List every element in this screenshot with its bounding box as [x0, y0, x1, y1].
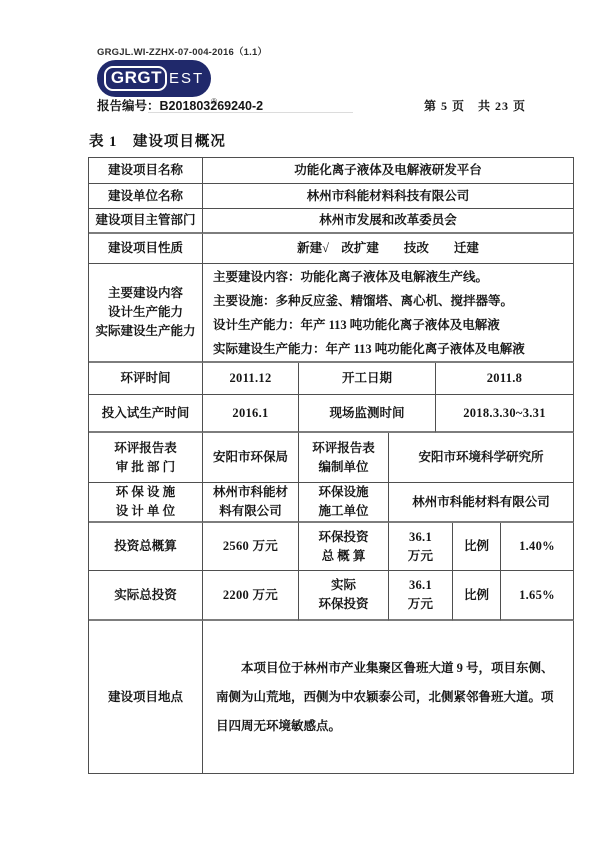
report-number-label: 报告编号：	[97, 99, 160, 113]
logo-text-est: EST	[169, 70, 204, 87]
table-row: 投入试生产时间 2016.1 现场监测时间 2018.3.30~3.31	[89, 395, 574, 433]
row-label: 环评时间	[89, 363, 203, 395]
table-row: 主要建设内容 设计生产能力 实际建设生产能力 主要建设内容：功能化离子液体及电解…	[89, 264, 574, 363]
env-budget: 36.1 万元	[389, 523, 453, 571]
eia-date: 2011.12	[203, 363, 299, 395]
logo-text-grgt: GRGT	[104, 66, 167, 91]
table-row: 环评报告表 审 批 部 门 安阳市环保局 环评报告表 编制单位 安阳市环境科学研…	[89, 433, 574, 483]
row-label: 建设项目地点	[89, 621, 203, 774]
table-row: 建设项目性质 新建√ 改扩建 技改 迁建	[89, 234, 574, 264]
project-location: 本项目位于林州市产业集聚区鲁班大道 9 号，项目东侧、南侧为山荒地，西侧为中农颖…	[203, 621, 574, 774]
row-label: 投入试生产时间	[89, 395, 203, 433]
total-budget: 2560 万元	[203, 523, 299, 571]
start-date: 2011.8	[436, 363, 574, 395]
row-value: 功能化离子液体及电解液研发平台	[203, 158, 574, 184]
row-value: 林州市发展和改革委员会	[203, 209, 574, 234]
ratio-label: 比例	[453, 523, 501, 571]
row-label: 环评报告表 审 批 部 门	[89, 433, 203, 483]
page-indicator: 第 5 页 共 23 页	[424, 97, 526, 114]
row-label: 开工日期	[299, 363, 436, 395]
row-label: 实际 环保投资	[299, 571, 389, 621]
monitoring-date: 2018.3.30~3.31	[436, 395, 574, 433]
row-label: 投资总概算	[89, 523, 203, 571]
report-compiler: 安阳市环境科学研究所	[389, 433, 574, 483]
report-page: GRGJL.WI-ZZHX-07-004-2016（1.1） GRGT EST …	[0, 0, 612, 865]
actual-investment: 2200 万元	[203, 571, 299, 621]
row-label: 环保设施 施工单位	[299, 483, 389, 523]
table-row: 建设项目地点 本项目位于林州市产业集聚区鲁班大道 9 号，项目东侧、南侧为山荒地…	[89, 621, 574, 774]
table-row: 投资总概算 2560 万元 环保投资 总 概 算 36.1 万元 比例 1.40…	[89, 523, 574, 571]
row-label: 建设单位名称	[89, 184, 203, 209]
row-label: 环评报告表 编制单位	[299, 433, 389, 483]
design-unit: 林州市科能材料有限公司	[203, 483, 299, 523]
approval-dept: 安阳市环保局	[203, 433, 299, 483]
row-label: 实际总投资	[89, 571, 203, 621]
document-code: GRGJL.WI-ZZHX-07-004-2016（1.1）	[97, 44, 267, 58]
table-row: 环评时间 2011.12 开工日期 2011.8	[89, 363, 574, 395]
table-row: 建设项目主管部门 林州市发展和改革委员会	[89, 209, 574, 234]
row-label: 环保投资 总 概 算	[299, 523, 389, 571]
ratio-value: 1.40%	[501, 523, 574, 571]
construction-content: 主要建设内容：功能化离子液体及电解液生产线。 主要设施：多种反应釜、精馏塔、离心…	[203, 264, 574, 363]
table-row: 实际总投资 2200 万元 实际 环保投资 36.1 万元 比例 1.65%	[89, 571, 574, 621]
trial-production-date: 2016.1	[203, 395, 299, 433]
table-title: 表 1 建设项目概况	[89, 130, 226, 151]
table-row: 建设单位名称 林州市科能材料科技有限公司	[89, 184, 574, 209]
ratio-label: 比例	[453, 571, 501, 621]
project-nature-options: 新建√ 改扩建 技改 迁建	[203, 234, 574, 264]
report-number-value: B201803269240-2	[160, 99, 264, 113]
actual-env-investment: 36.1 万元	[389, 571, 453, 621]
ratio-value: 1.65%	[501, 571, 574, 621]
construction-unit: 林州市科能材料有限公司	[389, 483, 574, 523]
row-label: 主要建设内容 设计生产能力 实际建设生产能力	[89, 264, 203, 363]
table-row: 建设项目名称 功能化离子液体及电解液研发平台	[89, 158, 574, 184]
row-label: 现场监测时间	[299, 395, 436, 433]
header-divider	[148, 112, 353, 113]
grgtest-logo: GRGT EST ®	[97, 60, 211, 97]
row-label: 建设项目名称	[89, 158, 203, 184]
row-label: 环 保 设 施 设 计 单 位	[89, 483, 203, 523]
project-overview-table: 建设项目名称 功能化离子液体及电解液研发平台 建设单位名称 林州市科能材料科技有…	[88, 157, 574, 774]
table-row: 环 保 设 施 设 计 单 位 林州市科能材料有限公司 环保设施 施工单位 林州…	[89, 483, 574, 523]
row-label: 建设项目主管部门	[89, 209, 203, 234]
row-label: 建设项目性质	[89, 234, 203, 264]
row-value: 林州市科能材料科技有限公司	[203, 184, 574, 209]
